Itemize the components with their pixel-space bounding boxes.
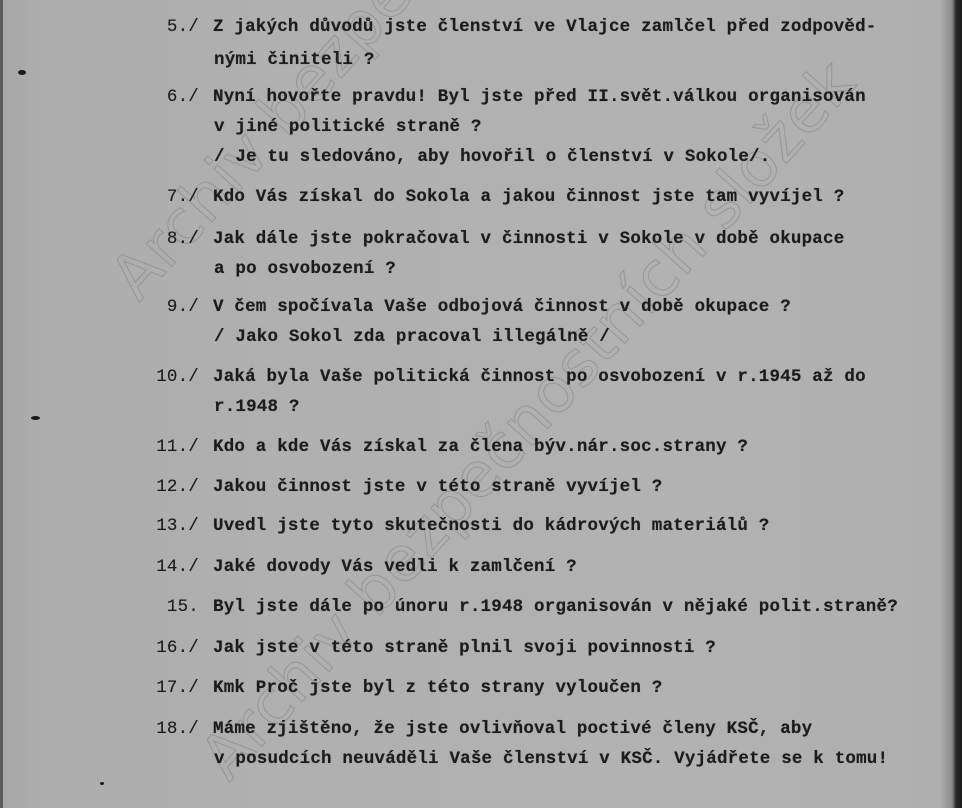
question-number: 18./ — [139, 714, 205, 744]
question-text-line: Jakou činnost jste v této straně vyvíjel… — [0, 472, 662, 502]
question-text-line: V čem spočívala Vaše odbojová činnost v … — [0, 292, 791, 322]
question-item: 7./ Kdo Vás získal do Sokola a jakou čin… — [0, 182, 844, 212]
question-number: 10./ — [139, 362, 205, 392]
question-text-line: Nyní hovořte pravdu! Byl jste před II.sv… — [0, 82, 866, 112]
question-text-line: r.1948 ? — [0, 392, 866, 422]
question-text-line: Jak dále jste pokračoval v činnosti v So… — [0, 224, 844, 254]
question-item: 9./ V čem spočívala Vaše odbojová činnos… — [0, 292, 791, 352]
question-text-line: Jak jste v této straně plnil svoji povin… — [0, 633, 716, 663]
question-item: 13./ Uvedl jste tyto skutečnosti do kádr… — [0, 511, 770, 541]
question-text-line: Jaké dovody Vás vedli k zamlčení ? — [0, 552, 577, 582]
question-number: 8./ — [139, 224, 205, 254]
question-text-line: v posudcích neuváděli Vaše členství v KS… — [0, 744, 888, 774]
question-number: 5./ — [139, 12, 205, 42]
question-text-line: Z jakých důvodů jste členství ve Vlajce … — [0, 12, 877, 42]
question-number: 16./ — [139, 633, 205, 663]
question-text-line: / Je tu sledováno, aby hovořil o členstv… — [0, 142, 866, 172]
question-number: 14./ — [139, 552, 205, 582]
question-text-line: Máme zjištěno, že jste ovlivňoval poctiv… — [0, 714, 888, 744]
question-number: 17./ — [139, 673, 205, 703]
question-item: 6./ Nyní hovořte pravdu! Byl jste před I… — [0, 82, 866, 172]
question-item: 11./ Kdo a kde Vás získal za člena býv.n… — [0, 432, 748, 462]
ink-speck — [100, 782, 104, 785]
question-text-line: v jiné politické straně ? — [0, 112, 866, 142]
question-item: 15. Byl jste dále po únoru r.1948 organi… — [0, 592, 898, 622]
question-text-line: Byl jste dále po únoru r.1948 organisová… — [0, 592, 898, 622]
question-text-line: a po osvobození ? — [0, 254, 844, 284]
question-text-line: / Jako Sokol zda pracoval illegálně / — [0, 322, 791, 352]
question-text-line: Uvedl jste tyto skutečnosti do kádrových… — [0, 511, 770, 541]
question-number: 15. — [139, 592, 205, 622]
scanned-document-page: Archiv bezpečnostních složek Archiv bezp… — [0, 0, 962, 808]
question-item: 16./ Jak jste v této straně plnil svoji … — [0, 633, 716, 663]
question-number: 13./ — [139, 511, 205, 541]
question-item: 8./ Jak dále jste pokračoval v činnosti … — [0, 224, 844, 284]
question-text-line: nými činiteli ? — [0, 45, 877, 75]
question-text-line: Kdo Vás získal do Sokola a jakou činnost… — [0, 182, 844, 212]
question-number: 12./ — [139, 472, 205, 502]
question-item: 12./ Jakou činnost jste v této straně vy… — [0, 472, 662, 502]
question-text-line: Jaká byla Vaše politická činnost po osvo… — [0, 362, 866, 392]
question-text-line: Kmk Proč jste byl z této strany vyloučen… — [0, 673, 662, 703]
question-item: 5./ Z jakých důvodů jste členství ve Vla… — [0, 12, 877, 75]
question-number: 6./ — [139, 82, 205, 112]
question-text-line: Kdo a kde Vás získal za člena býv.nár.so… — [0, 432, 748, 462]
question-item: 17./ Kmk Proč jste byl z této strany vyl… — [0, 673, 662, 703]
question-number: 7./ — [139, 182, 205, 212]
question-item: 18./ Máme zjištěno, že jste ovlivňoval p… — [0, 714, 888, 774]
question-number: 9./ — [139, 292, 205, 322]
question-number: 11./ — [139, 432, 205, 462]
question-item: 14./ Jaké dovody Vás vedli k zamlčení ? — [0, 552, 577, 582]
question-item: 10./ Jaká byla Vaše politická činnost po… — [0, 362, 866, 422]
